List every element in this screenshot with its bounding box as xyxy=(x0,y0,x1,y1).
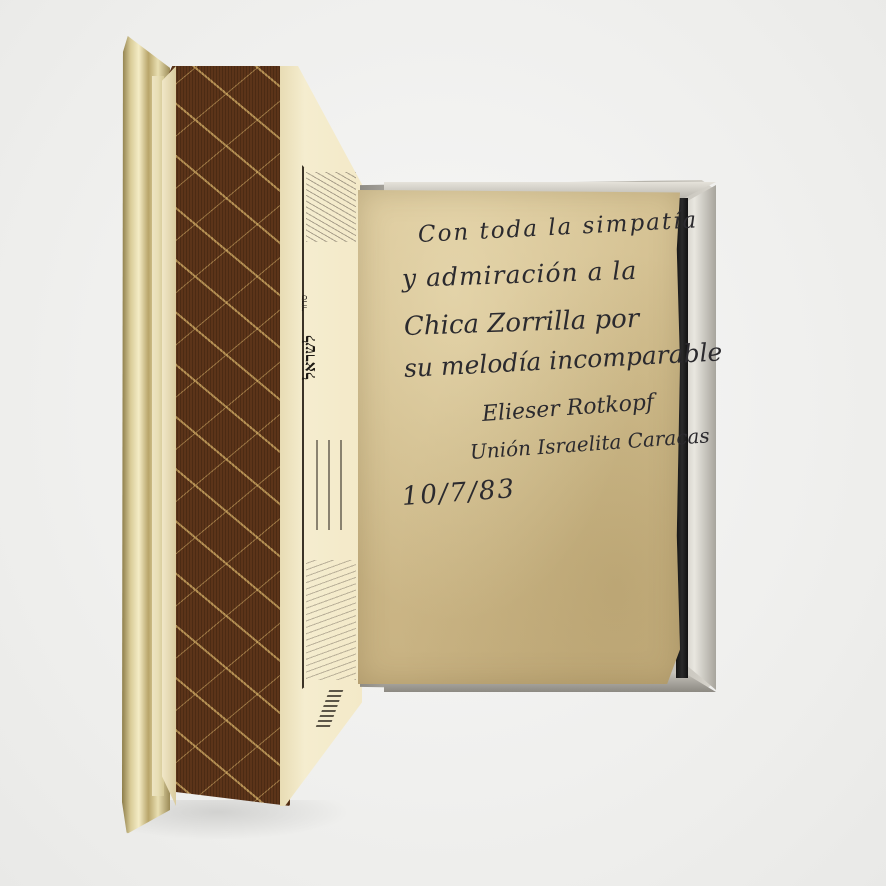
title-page-heading-small: סדור xyxy=(300,295,360,311)
book-fore-edge-decorated xyxy=(162,66,290,806)
title-page-heading-large: לשראל xyxy=(300,335,360,379)
title-page-illustration xyxy=(306,560,356,680)
title-page-body-text xyxy=(312,440,352,530)
page-block-edge xyxy=(162,66,176,806)
